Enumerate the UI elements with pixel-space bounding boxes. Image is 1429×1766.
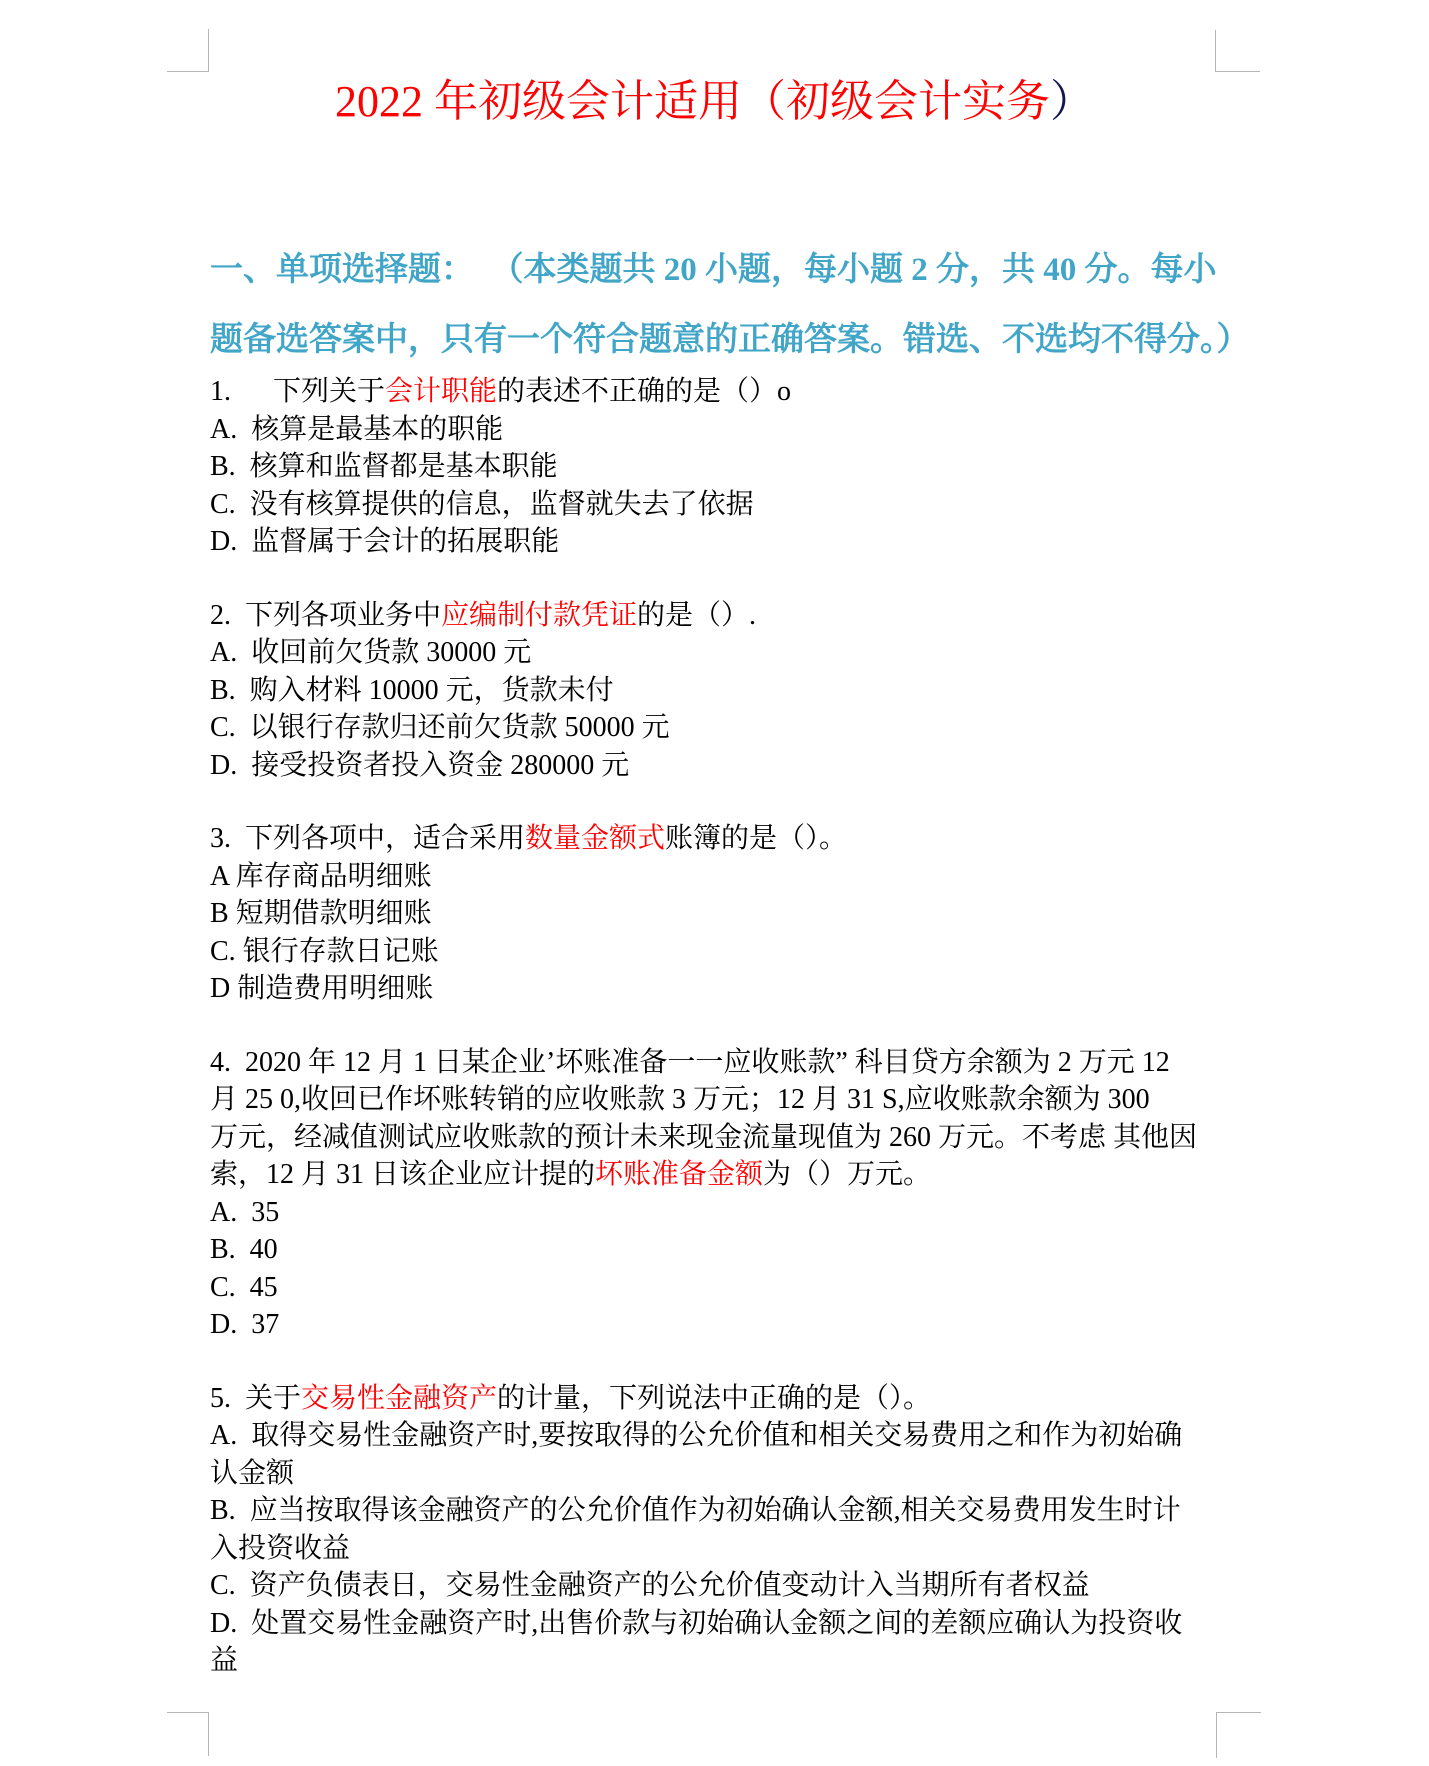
margin-corner-mark-top-right [1215, 30, 1260, 72]
highlighted-term: 会计职能 [385, 376, 497, 407]
text-line: C. 银行存款日记账 [210, 933, 1220, 971]
text-line: A. 35 [210, 1194, 1220, 1232]
question-2: 2. 下列各项业务中应编制付款凭证的是（）.A. 收回前欠货款 30000 元B… [210, 597, 1220, 785]
text-run: 索，12 月 31 日该企业应计提的 [210, 1159, 595, 1190]
margin-corner-mark-bottom-right [1216, 1712, 1261, 1758]
text-run: B. 核算和监督都是基本职能 [210, 451, 558, 482]
text-run: D. 监督属于会计的拓展职能 [210, 526, 559, 557]
text-run: 的计量，下列说法中正确的是（）。 [497, 1383, 931, 1414]
text-line: 月 25 0,收回已作坏账转销的应收账款 3 万元；12 月 31 S,应收账款… [210, 1081, 1220, 1119]
text-line: 索，12 月 31 日该企业应计提的坏账准备金额为（）万元。 [210, 1156, 1220, 1194]
text-run: A. 取得交易性金融资产时,要按取得的公允价值和相关交易费用之和作为初始确 [210, 1420, 1182, 1451]
text-run: D. 接受投资者投入资金 280000 元 [210, 750, 629, 781]
section-heading-line-2: 题备选答案中，只有一个符合题意的正确答案。错选、不选均不得分。） [210, 320, 1220, 360]
text-run: 2. 下列各项业务中 [210, 600, 441, 631]
margin-corner-mark-top-left [167, 29, 209, 72]
document-page: 2022 年初级会计适用（初级会计实务） 一、单项选择题： （本类题共 20 小… [0, 0, 1429, 1766]
text-line: D. 监督属于会计的拓展职能 [210, 523, 1220, 561]
text-line: 万元，经减值测试应收账款的预计未来现金流量现值为 260 万元。不考虑 其他因 [210, 1119, 1220, 1157]
text-run: 账簿的是（）。 [665, 823, 847, 854]
text-run: 月 25 0,收回已作坏账转销的应收账款 3 万元；12 月 31 S,应收账款… [210, 1084, 1150, 1115]
question-5: 5. 关于交易性金融资产的计量，下列说法中正确的是（）。A. 取得交易性金融资产… [210, 1380, 1220, 1680]
text-run: D. 处置交易性金融资产时,出售价款与初始确认金额之间的差额应确认为投资收 [210, 1608, 1182, 1639]
text-run: 益 [210, 1645, 238, 1676]
text-line: A. 收回前欠货款 30000 元 [210, 634, 1220, 672]
text-line: 2. 下列各项业务中应编制付款凭证的是（）. [210, 597, 1220, 635]
text-run: C. 资产负债表日，交易性金融资产的公允价值变动计入当期所有者权益 [210, 1570, 1090, 1601]
text-line: 认金额 [210, 1455, 1220, 1493]
text-line: C. 45 [210, 1269, 1220, 1307]
highlighted-term: 应编制付款凭证 [441, 600, 637, 631]
highlighted-term: 交易性金融资产 [301, 1383, 497, 1414]
text-run: C. 银行存款日记账 [210, 936, 439, 967]
text-line: B. 40 [210, 1231, 1220, 1269]
text-line: D 制造费用明细账 [210, 970, 1220, 1008]
text-line: D. 接受投资者投入资金 280000 元 [210, 747, 1220, 785]
text-run: B 短期借款明细账 [210, 898, 432, 929]
text-line: 3. 下列各项中，适合采用数量金额式账簿的是（）。 [210, 820, 1220, 858]
text-line: 4. 2020 年 12 月 1 日某企业’坏账准备一一应收账款” 科目贷方余额… [210, 1044, 1220, 1082]
text-line: B. 应当按取得该金融资产的公允价值作为初始确认金额,相关交易费用发生时计 [210, 1492, 1220, 1530]
text-line: 1. 下列关于会计职能的表述不正确的是（）o [210, 373, 1220, 411]
highlighted-term: 数量金额式 [525, 823, 665, 854]
text-line: B 短期借款明细账 [210, 895, 1220, 933]
text-line: 5. 关于交易性金融资产的计量，下列说法中正确的是（）。 [210, 1380, 1220, 1418]
text-line: D. 处置交易性金融资产时,出售价款与初始确认金额之间的差额应确认为投资收 [210, 1605, 1220, 1643]
text-line: 入投资收益 [210, 1530, 1220, 1568]
text-line: D. 37 [210, 1306, 1220, 1344]
text-line: 益 [210, 1642, 1220, 1680]
text-line: C. 没有核算提供的信息，监督就失去了依据 [210, 486, 1220, 524]
section-heading: 一、单项选择题： （本类题共 20 小题，每小题 2 分，共 40 分。每小 题… [210, 250, 1220, 360]
text-run: A 库存商品明细账 [210, 861, 432, 892]
text-line: A. 取得交易性金融资产时,要按取得的公允价值和相关交易费用之和作为初始确 [210, 1417, 1220, 1455]
questions: 1. 下列关于会计职能的表述不正确的是（）oA. 核算是最基本的职能B. 核算和… [210, 373, 1220, 1680]
section-heading-line-1: 一、单项选择题： （本类题共 20 小题，每小题 2 分，共 40 分。每小 [210, 250, 1220, 290]
text-run: 的表述不正确的是（）o [497, 376, 791, 407]
text-run: A. 核算是最基本的职能 [210, 414, 503, 445]
text-run: 入投资收益 [210, 1533, 350, 1564]
margin-corner-mark-bottom-left [167, 1712, 209, 1756]
question-1: 1. 下列关于会计职能的表述不正确的是（）oA. 核算是最基本的职能B. 核算和… [210, 373, 1220, 561]
text-line: B. 购入材料 10000 元，货款未付 [210, 672, 1220, 710]
text-run: C. 45 [210, 1272, 278, 1303]
text-line: A 库存商品明细账 [210, 858, 1220, 896]
highlighted-term: 坏账准备金额 [595, 1159, 763, 1190]
text-run: B. 购入材料 10000 元，货款未付 [210, 675, 614, 706]
text-run: D 制造费用明细账 [210, 973, 433, 1004]
text-line: B. 核算和监督都是基本职能 [210, 448, 1220, 486]
text-run: 万元，经减值测试应收账款的预计未来现金流量现值为 260 万元。不考虑 其他因 [210, 1122, 1197, 1153]
text-run: C. 没有核算提供的信息，监督就失去了依据 [210, 489, 754, 520]
title-closing-paren: ） [1050, 77, 1094, 126]
text-run: A. 收回前欠货款 30000 元 [210, 637, 531, 668]
text-run: A. 35 [210, 1197, 279, 1228]
question-3: 3. 下列各项中，适合采用数量金额式账簿的是（）。A 库存商品明细账B 短期借款… [210, 820, 1220, 1008]
text-run: 3. 下列各项中，适合采用 [210, 823, 525, 854]
text-line: A. 核算是最基本的职能 [210, 411, 1220, 449]
text-run: 为（）万元。 [763, 1159, 931, 1190]
text-run: 的是（）. [637, 600, 756, 631]
title-text-red: 2022 年初级会计适用（初级会计实务 [335, 77, 1050, 126]
text-run: C. 以银行存款归还前欠货款 50000 元 [210, 712, 670, 743]
document-body: 一、单项选择题： （本类题共 20 小题，每小题 2 分，共 40 分。每小 题… [210, 250, 1220, 1680]
text-line: C. 资产负债表日，交易性金融资产的公允价值变动计入当期所有者权益 [210, 1567, 1220, 1605]
text-run: B. 40 [210, 1234, 278, 1265]
text-run: B. 应当按取得该金融资产的公允价值作为初始确认金额,相关交易费用发生时计 [210, 1495, 1181, 1526]
text-run: 1. 下列关于 [210, 376, 385, 407]
text-run: 4. 2020 年 12 月 1 日某企业’坏账准备一一应收账款” 科目贷方余额… [210, 1047, 1170, 1078]
text-run: 认金额 [210, 1458, 294, 1489]
text-line: C. 以银行存款归还前欠货款 50000 元 [210, 709, 1220, 747]
question-4: 4. 2020 年 12 月 1 日某企业’坏账准备一一应收账款” 科目贷方余额… [210, 1044, 1220, 1344]
text-run: 5. 关于 [210, 1383, 301, 1414]
text-run: D. 37 [210, 1309, 279, 1340]
